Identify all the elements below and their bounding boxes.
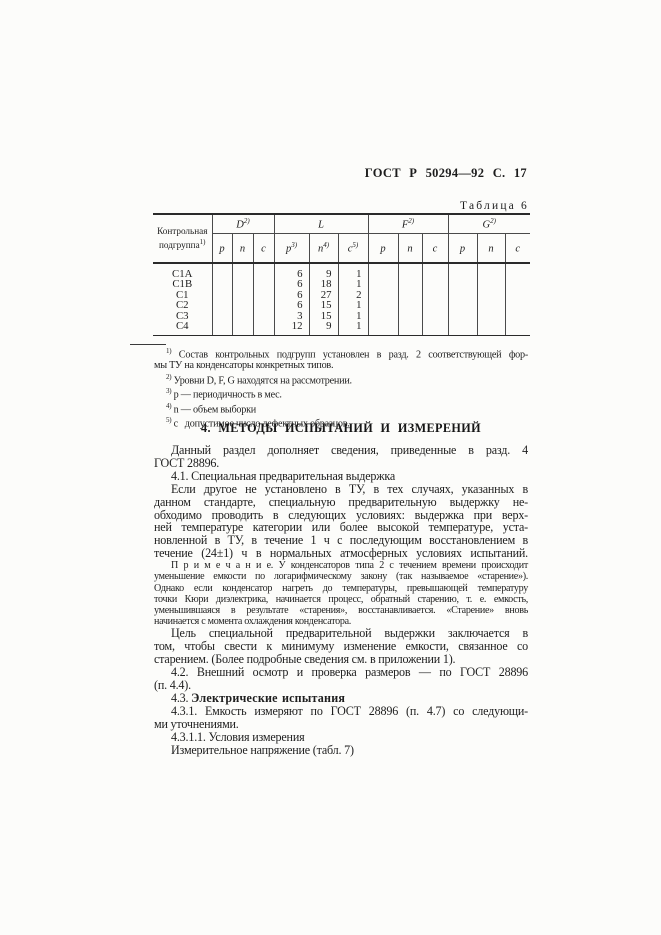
table-cell: 1 bbox=[338, 263, 368, 279]
table-cell bbox=[212, 321, 232, 336]
table-cell bbox=[448, 263, 477, 279]
text-line: ми уточнениями. bbox=[154, 718, 528, 731]
table-cell bbox=[398, 279, 422, 289]
table-row: C33151 bbox=[153, 311, 530, 321]
table-cell bbox=[368, 263, 398, 279]
footnote-rule bbox=[130, 344, 166, 345]
row-label: C1A bbox=[153, 263, 212, 279]
table-cell bbox=[368, 300, 398, 310]
table-cell bbox=[505, 311, 530, 321]
paragraphs-top: Данный раздел дополняет сведения, привед… bbox=[154, 444, 528, 560]
table-cell: 6 bbox=[274, 300, 309, 310]
table-row: C1A691 bbox=[153, 263, 530, 279]
subheader-cell: p bbox=[368, 234, 398, 264]
section-heading: 4. МЕТОДЫ ИСПЫТАНИЙ И ИЗМЕРЕНИЙ bbox=[154, 421, 528, 436]
text-line: уменьшение емкости по логарифмическому з… bbox=[154, 571, 528, 582]
table-cell: 3 bbox=[274, 311, 309, 321]
table-body: C1A691C1B6181C16272C26151C33151C41291 bbox=[153, 263, 530, 336]
table-cell bbox=[212, 300, 232, 310]
table-cell: 9 bbox=[309, 263, 338, 279]
table-cell bbox=[448, 290, 477, 300]
table-cell bbox=[448, 311, 477, 321]
text-line: Данный раздел дополняет сведения, привед… bbox=[154, 444, 528, 457]
table-cell: 1 bbox=[338, 321, 368, 336]
table-cell: 6 bbox=[274, 279, 309, 289]
table-cell bbox=[398, 321, 422, 336]
table-cell bbox=[505, 290, 530, 300]
table-cell bbox=[368, 279, 398, 289]
table-cell bbox=[232, 300, 253, 310]
table-cell bbox=[477, 263, 505, 279]
note-paragraph: П р и м е ч а н и е. У конденсаторов тип… bbox=[154, 560, 528, 627]
table-cell bbox=[212, 311, 232, 321]
table-cell bbox=[398, 300, 422, 310]
table-cell bbox=[477, 279, 505, 289]
subheader-cell: c5) bbox=[338, 234, 368, 264]
table-cell: 1 bbox=[338, 300, 368, 310]
row-label: C3 bbox=[153, 311, 212, 321]
table-cell: 15 bbox=[309, 311, 338, 321]
table-cell bbox=[253, 300, 274, 310]
table-cell: 2 bbox=[338, 290, 368, 300]
text-line: мы ТУ на конденсаторы конкретных типов. bbox=[154, 360, 528, 371]
footnotes: 1) Состав контрольных подгрупп установле… bbox=[154, 346, 528, 430]
table-cell bbox=[368, 321, 398, 336]
table-row: C1B6181 bbox=[153, 279, 530, 289]
table-cell bbox=[232, 311, 253, 321]
table-cell bbox=[505, 321, 530, 336]
text-line: уменьшившаяся в результате «старения», в… bbox=[154, 605, 528, 616]
table-cell bbox=[212, 279, 232, 289]
table-cell: 27 bbox=[309, 290, 338, 300]
table-row: C41291 bbox=[153, 321, 530, 336]
page-header: ГОСТ Р 50294—92 С. 17 bbox=[0, 166, 527, 181]
table-cell bbox=[368, 290, 398, 300]
table-cell bbox=[448, 279, 477, 289]
table-cell bbox=[422, 290, 448, 300]
table-cell bbox=[422, 279, 448, 289]
text-line: 2) Уровни D, F, G находятся на рассмотре… bbox=[154, 372, 528, 386]
table-cell: 9 bbox=[309, 321, 338, 336]
table-cell bbox=[398, 311, 422, 321]
table-cell bbox=[477, 290, 505, 300]
table-cell bbox=[477, 321, 505, 336]
table-cell bbox=[232, 263, 253, 279]
table-cell: 1 bbox=[338, 279, 368, 289]
table-cell bbox=[253, 290, 274, 300]
table-cell: 6 bbox=[274, 263, 309, 279]
table-cell bbox=[422, 263, 448, 279]
table-cell bbox=[422, 311, 448, 321]
text-line: 4.1. Специальная предварительная выдержк… bbox=[154, 470, 528, 483]
row-label: C2 bbox=[153, 300, 212, 310]
paragraphs-bottom: Цель специальной предварительной выдержк… bbox=[154, 627, 528, 756]
table-cell bbox=[422, 321, 448, 336]
subheader-cell: c bbox=[422, 234, 448, 264]
table-cell bbox=[398, 290, 422, 300]
table-cell: 6 bbox=[274, 290, 309, 300]
table-cell bbox=[422, 300, 448, 310]
subheader-cell: c bbox=[253, 234, 274, 264]
corner-header-cell: Контрольная подгруппа1) bbox=[153, 214, 212, 263]
corner-header-line1: Контрольная bbox=[153, 226, 212, 237]
table-cell: 15 bbox=[309, 300, 338, 310]
text-line: 4) n — объем выборки bbox=[154, 401, 528, 415]
text-line: Однако если конденсатор нагреть до темпе… bbox=[154, 583, 528, 594]
table-cell bbox=[232, 321, 253, 336]
group-header-f: F2) bbox=[368, 214, 448, 234]
text-line: Измерительное напряжение (табл. 7) bbox=[154, 744, 528, 757]
table-cell bbox=[448, 321, 477, 336]
table-cell bbox=[232, 290, 253, 300]
table-cell bbox=[505, 300, 530, 310]
text-line: П р и м е ч а н и е. У конденсаторов тип… bbox=[154, 560, 528, 571]
subheader-cell: p bbox=[448, 234, 477, 264]
table-cell bbox=[448, 300, 477, 310]
group-header-row: Контрольная подгруппа1) D2) L F2) G2) bbox=[153, 214, 530, 234]
table-cell bbox=[253, 321, 274, 336]
text-line: 4.3. Электрические испытания bbox=[154, 692, 528, 705]
text-line: ГОСТ 28896. bbox=[154, 457, 528, 470]
table-cell bbox=[505, 263, 530, 279]
table-cell bbox=[253, 279, 274, 289]
subheader-cell: p3) bbox=[274, 234, 309, 264]
group-header-d: D2) bbox=[212, 214, 274, 234]
row-label: C1 bbox=[153, 290, 212, 300]
text-line: 3) p — периодичность в мес. bbox=[154, 386, 528, 400]
subheader-cell: c bbox=[505, 234, 530, 264]
table-cell bbox=[398, 263, 422, 279]
row-label: C4 bbox=[153, 321, 212, 336]
table-cell bbox=[368, 311, 398, 321]
table-cell bbox=[253, 311, 274, 321]
text-line: 4.2. Внешний осмотр и проверка размеров … bbox=[154, 666, 528, 679]
text-line: 4.3.1. Емкость измеряют по ГОСТ 28896 (п… bbox=[154, 705, 528, 718]
table-cell: 1 bbox=[338, 311, 368, 321]
text-line: 4.3.1.1. Условия измерения bbox=[154, 731, 528, 744]
table-cell bbox=[253, 263, 274, 279]
group-header-g: G2) bbox=[448, 214, 530, 234]
row-label: C1B bbox=[153, 279, 212, 289]
control-subgroups-table: Контрольная подгруппа1) D2) L F2) G2) pn… bbox=[153, 213, 530, 336]
text-line: 1) Состав контрольных подгрупп установле… bbox=[154, 346, 528, 360]
corner-header-line2: подгруппа1) bbox=[153, 237, 212, 251]
table-cell bbox=[477, 311, 505, 321]
subheader-cell: n4) bbox=[309, 234, 338, 264]
table-cell bbox=[505, 279, 530, 289]
text-line: данном стандарте, специальную предварите… bbox=[154, 496, 528, 509]
table-cell bbox=[212, 263, 232, 279]
table-row: C16272 bbox=[153, 290, 530, 300]
table-caption: Таблица 6 bbox=[0, 200, 529, 212]
table-cell bbox=[212, 290, 232, 300]
table-row: C26151 bbox=[153, 300, 530, 310]
body-text: Данный раздел дополняет сведения, привед… bbox=[154, 444, 528, 756]
text-line: точки Кюри диэлектрика, начинается проце… bbox=[154, 594, 528, 605]
subheader-cell: n bbox=[477, 234, 505, 264]
table-cell bbox=[477, 300, 505, 310]
table-cell bbox=[232, 279, 253, 289]
document-page: ГОСТ Р 50294—92 С. 17 Таблица 6 Контроль… bbox=[0, 0, 661, 935]
subheader-cell: p bbox=[212, 234, 232, 264]
text-line: течение (24±1) ч в нормальных атмосферны… bbox=[154, 547, 528, 560]
subheader-cell: n bbox=[398, 234, 422, 264]
subheader-cell: n bbox=[232, 234, 253, 264]
table-cell: 12 bbox=[274, 321, 309, 336]
table-cell: 18 bbox=[309, 279, 338, 289]
text-line: Если другое не установлено в ТУ, в тех с… bbox=[154, 483, 528, 496]
group-header-l: L bbox=[274, 214, 368, 234]
